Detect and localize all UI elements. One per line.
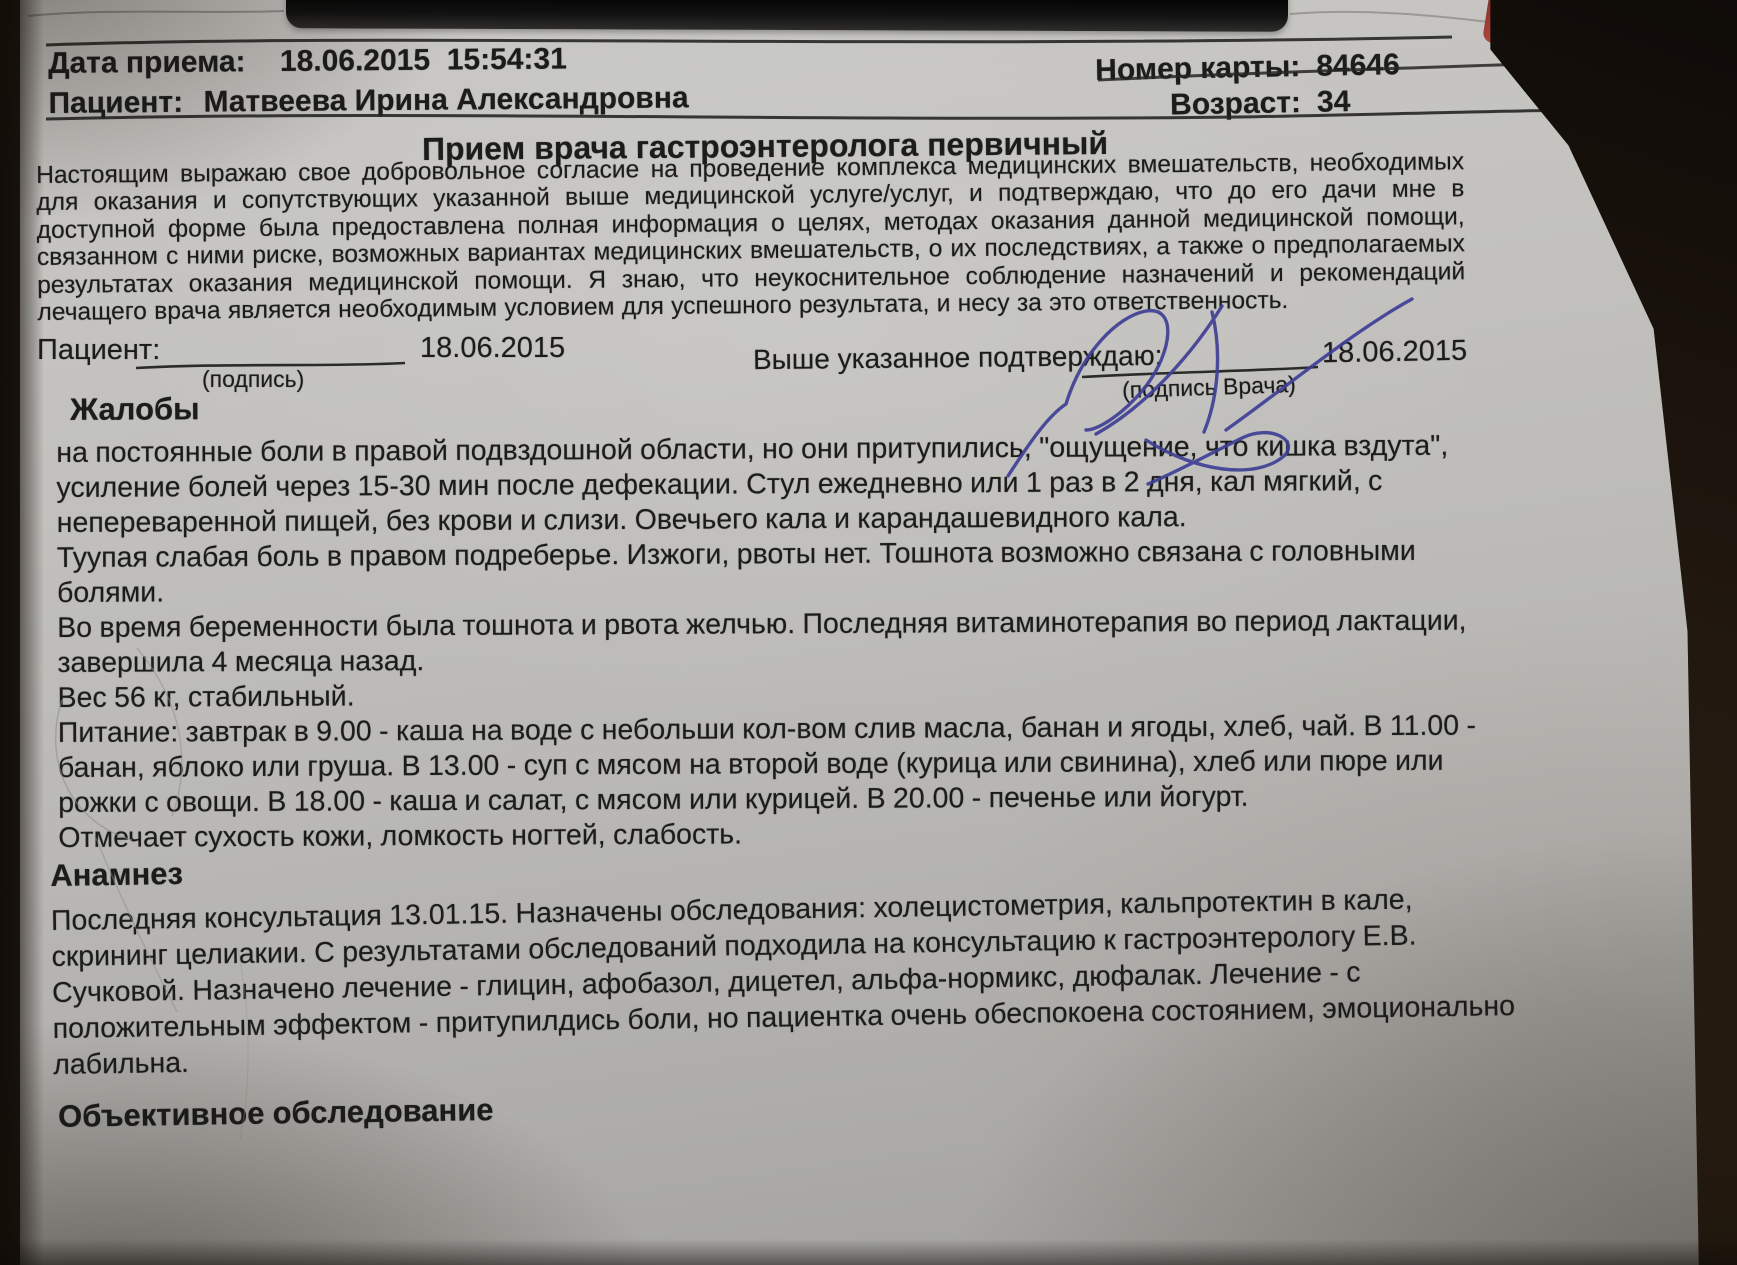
rules-creases-signature-overlay — [0, 0, 1737, 1265]
document-photo: Дата приема: 18.06.2015 15:54:31 Пациент… — [0, 0, 1737, 1265]
paper-crease — [137, 648, 182, 816]
bottom-edge-shadow — [0, 1239, 1737, 1265]
patient-signature-line — [136, 363, 405, 368]
paper-edge-line — [28, 11, 284, 16]
doctor-signature-line — [1082, 367, 1318, 377]
top-rule — [46, 37, 1452, 45]
paper-crease — [238, 948, 248, 1140]
doctor-signature-scribble — [1008, 299, 1412, 484]
paper-crease — [96, 838, 177, 1012]
left-edge-shadow — [0, 0, 44, 1265]
paper-edge-line — [1290, 12, 1488, 22]
phone-object-top — [286, 0, 1288, 32]
header-bottom-rule — [46, 110, 1650, 119]
paper-crease — [56, 700, 132, 840]
